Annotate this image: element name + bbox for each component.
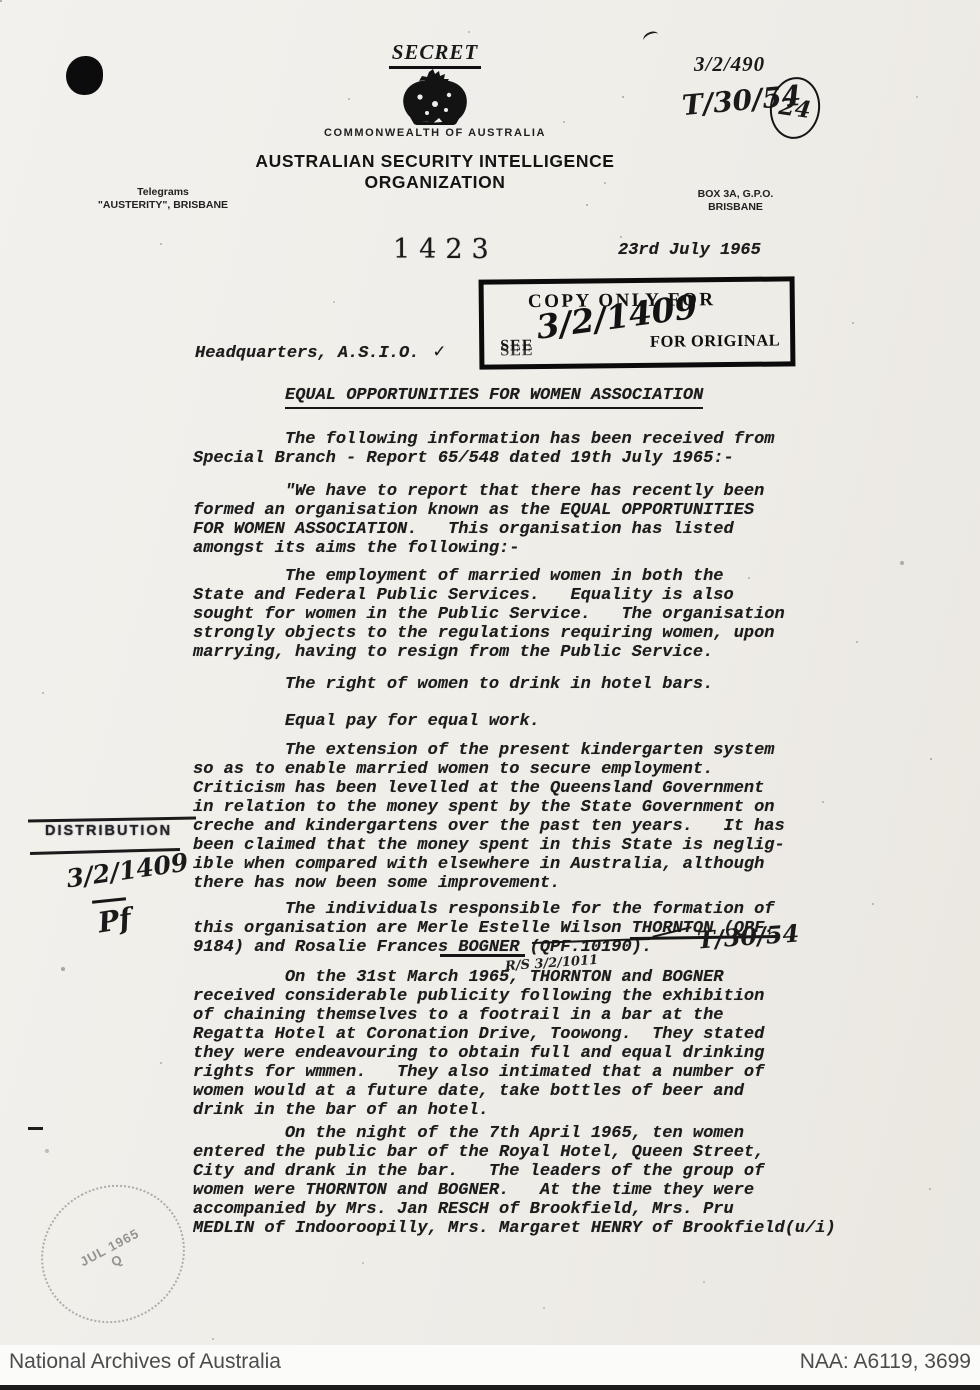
typed-line: women were THORNTON and BOGNER. At the t… xyxy=(193,1181,836,1200)
typed-line: City and drank in the bar. The leaders o… xyxy=(193,1162,836,1181)
officer-initials-handwritten: Pf xyxy=(96,902,134,940)
typed-line: State and Federal Public Services. Equal… xyxy=(193,586,785,605)
underline-mark-bogner xyxy=(440,954,525,957)
paragraph-4: The right of women to drink in hotel bar… xyxy=(193,675,713,694)
po-box-line1: BOX 3A, G.P.O. xyxy=(698,188,774,200)
archives-name: National Archives of Australia xyxy=(9,1350,281,1374)
margin-file-ref-handwritten: 3/2/1409 xyxy=(65,848,190,894)
round-date-stamp: JUL 1965 Q xyxy=(17,1160,210,1349)
typed-line: entered the public bar of the Royal Hote… xyxy=(193,1143,836,1162)
document-date: 23rd July 1965 xyxy=(618,241,761,260)
typed-line: in relation to the money spent by the St… xyxy=(193,798,785,817)
typed-line: On the 31st March 1965, THORNTON and BOG… xyxy=(193,968,764,987)
typed-line: of chaining themselves to a footrail in … xyxy=(193,1006,764,1025)
organization-name: AUSTRALIAN SECURITY INTELLIGENCE ORGANIZ… xyxy=(200,151,670,193)
typed-line: Equal pay for equal work. xyxy=(193,712,540,731)
typed-line: so as to enable married women to secure … xyxy=(193,760,785,779)
t-reference-handwritten-2: T/30/54 xyxy=(696,918,800,954)
po-box-line2: BRISBANE xyxy=(708,201,763,213)
typed-line: drink in the bar of an hotel. xyxy=(193,1101,764,1120)
typed-line: The extension of the present kindergarte… xyxy=(193,741,785,760)
typed-line: Special Branch - Report 65/548 dated 19t… xyxy=(193,449,775,468)
classification-stamp: SECRET xyxy=(389,40,482,69)
typed-line: rights for wmmen. They also intimated th… xyxy=(193,1063,764,1082)
secret-stamp-block: SECRET xyxy=(335,40,535,130)
typed-line: been claimed that the money spent in thi… xyxy=(193,836,785,855)
addressee-line: Headquarters, A.S.I.O.✓ xyxy=(195,340,445,363)
typed-line: women would at a future date, take bottl… xyxy=(193,1082,764,1101)
typed-line: The employment of married women in both … xyxy=(193,567,785,586)
paragraph-1: The following information has been recei… xyxy=(193,430,775,468)
document-scan-page: SECRET COMMONWEALTH OF AUSTRALIA AUSTRAL… xyxy=(0,0,980,1390)
checkmark-icon: ✓ xyxy=(433,341,444,363)
archives-footer: National Archives of Australia NAA: A611… xyxy=(0,1345,980,1390)
copy-only-stamp-box: COPY ONLY FOR SEE 3/2/1409 FOR ORIGINAL xyxy=(479,276,796,369)
hole-punch-mark xyxy=(66,56,103,95)
telegrams-value: "AUSTERITY", BRISBANE xyxy=(98,199,228,211)
scan-noise-specks xyxy=(0,0,2,2)
typed-line: FOR WOMEN ASSOCIATION. This organisation… xyxy=(193,520,764,539)
telegrams-address: Telegrams "AUSTERITY", BRISBANE xyxy=(78,186,248,212)
typed-line: Criticism has been levelled at the Queen… xyxy=(193,779,785,798)
registration-number-stamp: 1423 xyxy=(393,234,498,265)
archives-item-id: NAA: A6119, 3699 xyxy=(800,1350,971,1374)
typed-line: The following information has been recei… xyxy=(193,430,775,449)
paragraph-8: On the 31st March 1965, THORNTON and BOG… xyxy=(193,968,764,1120)
typed-line: formed an organisation known as the EQUA… xyxy=(193,501,764,520)
typed-line: "We have to report that there has recent… xyxy=(193,482,764,501)
paragraph-6: The extension of the present kindergarte… xyxy=(193,741,785,893)
paragraph-9: On the night of the 7th April 1965, ten … xyxy=(193,1124,836,1238)
typed-line: received considerable publicity followin… xyxy=(193,987,764,1006)
typed-line: MEDLIN of Indooroopilly, Mrs. Margaret H… xyxy=(193,1219,836,1238)
paragraph-3: The employment of married women in both … xyxy=(193,567,785,662)
margin-dash-mark xyxy=(28,1127,43,1130)
telegrams-label: Telegrams xyxy=(137,186,189,198)
stamp-date: JUL 1965 xyxy=(77,1226,141,1270)
document-title: EQUAL OPPORTUNITIES FOR WOMEN ASSOCIATIO… xyxy=(285,386,703,409)
typed-line: creche and kindergartens over the past t… xyxy=(193,817,785,836)
paragraph-5: Equal pay for equal work. xyxy=(193,712,540,731)
paragraph-2: "We have to report that there has recent… xyxy=(193,482,764,558)
for-original-label: FOR ORIGINAL xyxy=(650,331,780,352)
typed-line: marrying, having to resign from the Publ… xyxy=(193,643,785,662)
typed-line: Regatta Hotel at Coronation Drive, Toowo… xyxy=(193,1025,764,1044)
typed-line: ible when compared with elsewhere in Aus… xyxy=(193,855,785,874)
po-box-address: BOX 3A, G.P.O. BRISBANE xyxy=(688,188,783,214)
distribution-stamp-line-top xyxy=(28,817,196,822)
stamp-letter: Q xyxy=(109,1252,125,1270)
typed-line: On the night of the 7th April 1965, ten … xyxy=(193,1124,836,1143)
typed-line: sought for women in the Public Service. … xyxy=(193,605,785,624)
typed-line: The right of women to drink in hotel bar… xyxy=(193,675,713,694)
addressee-text: Headquarters, A.S.I.O. xyxy=(195,344,419,363)
typed-line: accompanied by Mrs. Jan RESCH of Brookfi… xyxy=(193,1200,836,1219)
typed-line: strongly objects to the regulations requ… xyxy=(193,624,785,643)
ink-squiggle-mark xyxy=(641,29,660,46)
typed-line: they were endeavouring to obtain full an… xyxy=(193,1044,764,1063)
typed-line: amongst its aims the following:- xyxy=(193,539,764,558)
typed-line: The individuals responsible for the form… xyxy=(193,900,775,919)
see-stamp: SEE xyxy=(500,337,533,355)
distribution-stamp: DISTRIBUTION xyxy=(45,823,172,839)
typed-line: there has now been some improvement. xyxy=(193,874,785,893)
commonwealth-label: COMMONWEALTH OF AUSTRALIA xyxy=(250,127,620,139)
file-reference-number: 3/2/490 xyxy=(694,52,765,77)
